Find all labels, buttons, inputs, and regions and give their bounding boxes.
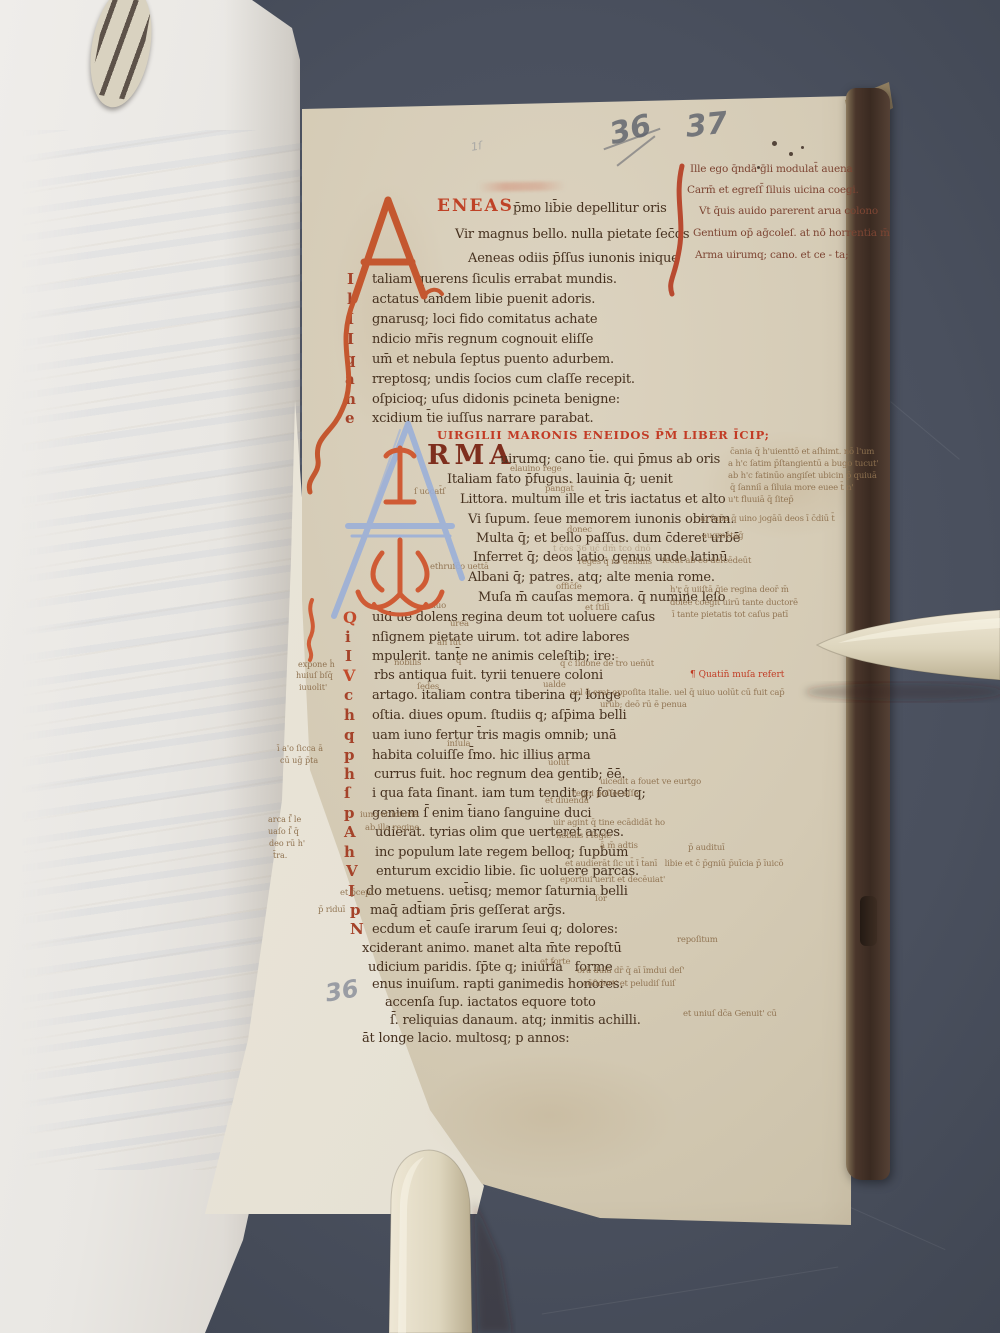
versal: p xyxy=(350,901,361,919)
left-margin-note: ī a'o ſicca ā xyxy=(277,744,323,753)
text-layer: 36371ſ36Ille ego q̄ndā ḡli modulat̄ auen… xyxy=(0,0,1000,1333)
gloss-note: uiuo xyxy=(428,601,446,611)
verse-line: oſpicioq; uſus didonis pcineta benigne: xyxy=(372,392,620,407)
versal: e xyxy=(345,409,355,427)
gloss-note: offic̄ſe xyxy=(556,582,582,592)
versal: ſ xyxy=(344,784,350,802)
verse-line: āt longe lacio. multosq; p annos: xyxy=(362,1031,569,1046)
left-margin-note: huiuſ bſq̄ xyxy=(296,671,333,680)
verse-line: rbs antiqua fuit. tyrii tenuere coloni xyxy=(374,668,603,683)
preproem-line: Carm̄ et egreſſ̄ ſiluis uicina coegi. xyxy=(687,184,859,196)
gloss-note: pangat̄ xyxy=(545,484,574,494)
gloss-note: dolee coegit uirū tante ductorē xyxy=(670,598,798,608)
gloss-note: fecūt ab eo deſcēdeūt xyxy=(662,556,751,566)
pencil-mark: 1ſ xyxy=(470,139,483,154)
left-margin-note: deo rū h' xyxy=(269,839,305,848)
gloss-note: q̄ xyxy=(456,656,461,666)
gloss-note: ā m̄ adtis xyxy=(600,841,638,851)
verse-line: inc populum late regem belloq; ſupbum xyxy=(375,845,628,860)
gloss-note: ui ſup̄a q̄ uino jogāū deos ī c̄diū t̄ xyxy=(700,514,835,524)
gloss-note: et ſ̄tilī xyxy=(585,603,609,613)
verse-line: maq̄ adt̄iam p̄ris geſſerat arḡs. xyxy=(370,903,565,918)
versal: a xyxy=(345,370,355,388)
verse-line: Littora. multum ille et t̄ris iactatus e… xyxy=(460,492,726,507)
gloss-note: nobilis ī ſogle xyxy=(556,831,611,841)
versal: I xyxy=(347,270,354,288)
versal: A xyxy=(344,823,356,841)
gloss-note: ab h'c fatinūo angiſet ubicin p̄ quiuā xyxy=(728,471,877,481)
versal: p xyxy=(344,746,355,764)
versal: q xyxy=(345,350,356,368)
gloss-note: uel q̄ erat oppoſita italie. uel q̄ uiuo… xyxy=(570,688,785,698)
versal: V xyxy=(343,666,355,685)
verse-line: accenſa ſup. iactatos equore toto xyxy=(385,995,596,1010)
gloss-note: orū dulā dr̄ q̄ aī īmdui deſ' xyxy=(577,966,684,976)
left-margin-note: exp̄one ḣ xyxy=(298,660,335,669)
gloss-note: q̄ c̄ ſidone de t̄ro uen̄ūt xyxy=(560,659,654,669)
gloss-note: a h'c ſatim p̄ſtangientū a bugo tucut' xyxy=(728,459,878,469)
verse-line: uid ue dolens regina deum tot uoluere ca… xyxy=(372,610,655,625)
versal: I xyxy=(347,310,354,328)
verse-line: um̄ et nebula ſeptus puento adurbem. xyxy=(372,352,614,367)
gloss-note: p̄ audituī xyxy=(688,843,725,853)
gloss-note: urūb; deō rū ē penua xyxy=(600,700,687,710)
gloss-note-red: ¶ Quatin̄ muſa refert xyxy=(690,670,784,680)
gloss-note: nobilis xyxy=(394,658,421,668)
verse-line: ecdum et̄ cauſe irarum ſeui q; dolores: xyxy=(372,922,618,937)
versal: h xyxy=(345,390,356,408)
versal: l xyxy=(347,290,353,308)
gloss-note: et uniuſ dc̄a Genuit' cū xyxy=(683,1009,777,1019)
gloss-note: uolūt xyxy=(548,758,569,768)
gloss-note: repoſitum xyxy=(677,935,718,945)
gloss-note: h'r q̄ uiiſtā q̄ie regina deor̄ m̄ xyxy=(670,585,789,595)
gloss-note: u't fluuiā q̄ ſitep̄ xyxy=(728,495,794,505)
gloss-note: et p̄cepſ xyxy=(340,888,373,898)
verse-line: gnarusq; loci fido comitatus achate xyxy=(372,312,597,327)
verse-line: rreptosq; undis ſocios cum claſſe recepi… xyxy=(372,372,635,387)
gloss-note: urea xyxy=(450,619,469,629)
gloss-note: ſedes xyxy=(417,682,439,692)
verse-line: Vi ſupum. ſeue memorem iunonis obiram. xyxy=(468,512,734,527)
versal: Q xyxy=(343,608,357,627)
gloss-note: ſor xyxy=(595,894,607,904)
verse-line: oſtia. diues opum. ſtudiis q; aſp̄ima be… xyxy=(372,708,627,723)
gloss-note: ſ uocat̄ſ xyxy=(414,487,445,497)
verse-line: xciderant animo. manet alta m̄te repoſtū xyxy=(362,941,622,956)
verse-line: taliam querens ſiculis errabat mundis. xyxy=(372,272,617,287)
left-margin-note: uaſo ſ̄ q̄ xyxy=(268,827,299,836)
verse-line: actatus tandem libie puenit adoris. xyxy=(372,292,595,307)
verse-line: uam iuno fertur t̄ris magis omnib; unā xyxy=(372,728,616,743)
gloss-note: uicedit a fouet ve eurtgo xyxy=(600,777,701,787)
argumentum-caps: ENEAS xyxy=(437,196,514,216)
gloss-note: ualde xyxy=(543,680,566,690)
gloss-note: reges q̄ ro uellans xyxy=(578,557,652,567)
verse-line: nſignem pietate uirum. tot adire labores xyxy=(372,630,629,645)
verse-line: p̄mo lib̄ie depellitur oris xyxy=(513,201,667,216)
gloss-note: an̄ ſūt xyxy=(437,638,461,648)
preproem-line: Gentium op̄ aḡcoleſ. at nō horrentia m̄ xyxy=(693,227,890,239)
left-margin-note: arca ſ̄ le xyxy=(268,815,301,824)
gloss-note: inſula xyxy=(447,739,470,749)
gloss-note: elauino rege xyxy=(510,464,561,474)
page-number: 37 xyxy=(684,106,729,145)
gloss-note: ethruſc̄o uettā xyxy=(430,562,489,572)
gloss-note: et diuendā xyxy=(545,796,589,806)
verse-line: ndicio mr̄is regnum cognouit eliſſe xyxy=(372,332,593,347)
gloss-note: donec xyxy=(567,525,592,535)
versal: N xyxy=(350,920,364,938)
gloss-note: c̄ania q̄ h'uienttō et aſhimt. nō l'um xyxy=(730,447,874,457)
verse-line: udicium paridis. ſp̄te q; iniuria forme xyxy=(368,960,612,975)
versal: p xyxy=(344,804,355,822)
left-margin-note: iuuolit' xyxy=(299,683,327,692)
versal: h xyxy=(344,843,355,861)
versal: V xyxy=(346,862,358,880)
gloss-note: q̄ ſanniī a ſiluia more euee t̄ n' xyxy=(730,483,854,493)
versal: h xyxy=(344,765,355,783)
gloss-note: ab illa regine xyxy=(365,823,419,833)
preproem-line: Vt q̄uis auido parerent arua colono xyxy=(699,205,878,217)
gloss-note: et forte xyxy=(540,957,570,967)
left-margin-note: cū uḡ p̄ta xyxy=(280,756,318,765)
verse-line: Albani q̄; patres. atq; alte menia rome. xyxy=(468,570,715,585)
gloss-note: eportīui uerīt et decēuiat' xyxy=(560,875,665,885)
versal: i xyxy=(345,628,351,646)
gloss-note: augmētaḡ xyxy=(702,531,743,541)
preproem-line: Arma uirumq; cano. et ce - ta; xyxy=(695,249,848,261)
gloss-note: et audierāt ſic ut̄ ī t̄anī libie et c̄ … xyxy=(565,859,783,869)
page-number-bottom: 36 xyxy=(323,974,361,1007)
verse-line: currus fuit. hoc regnum dea gentib; ēē. xyxy=(374,767,625,782)
manuscript-photo: 36371ſ36Ille ego q̄ndā ḡli modulat̄ auen… xyxy=(0,0,1000,1333)
preproem-line: Ille ego q̄ndā ḡli modulat̄ auena xyxy=(690,163,853,175)
gloss-note: ī tante pietatis tot caſus patī xyxy=(672,610,788,620)
versal: I xyxy=(345,647,352,665)
verse-line: Vir magnus bello. nulla pietate ſec̄ds xyxy=(455,227,689,242)
verse-line: do metuens. uet̄isq; memor ſaturnia bell… xyxy=(366,884,628,899)
versal: c xyxy=(344,686,353,704)
verse-line: xcidium t̄ie iuſſus narrare parabat. xyxy=(372,411,593,426)
gloss-note: t̄ c̄os 36 uc̄ dm̄ t̄co dnō xyxy=(553,544,651,554)
gloss-note: uir agint̄ q̄ tine ecādidāt ho xyxy=(553,818,665,828)
verse-line: Aeneas odiis p̄ſſus iunonis inique xyxy=(468,251,679,266)
verse-line: ſ̄. reliquias danaum. atq; inmitis achil… xyxy=(390,1013,641,1028)
versal: q xyxy=(344,726,355,744)
versal: I xyxy=(347,330,354,348)
gloss-note: iuno et inſuriā xyxy=(360,810,418,820)
gloss-note: p̄ riduī xyxy=(318,905,345,915)
gloss-note: cōſidert' et peludiſ ſuiſ xyxy=(583,979,675,989)
versal: h xyxy=(344,706,355,724)
left-margin-note: t̄ra. xyxy=(273,851,287,860)
